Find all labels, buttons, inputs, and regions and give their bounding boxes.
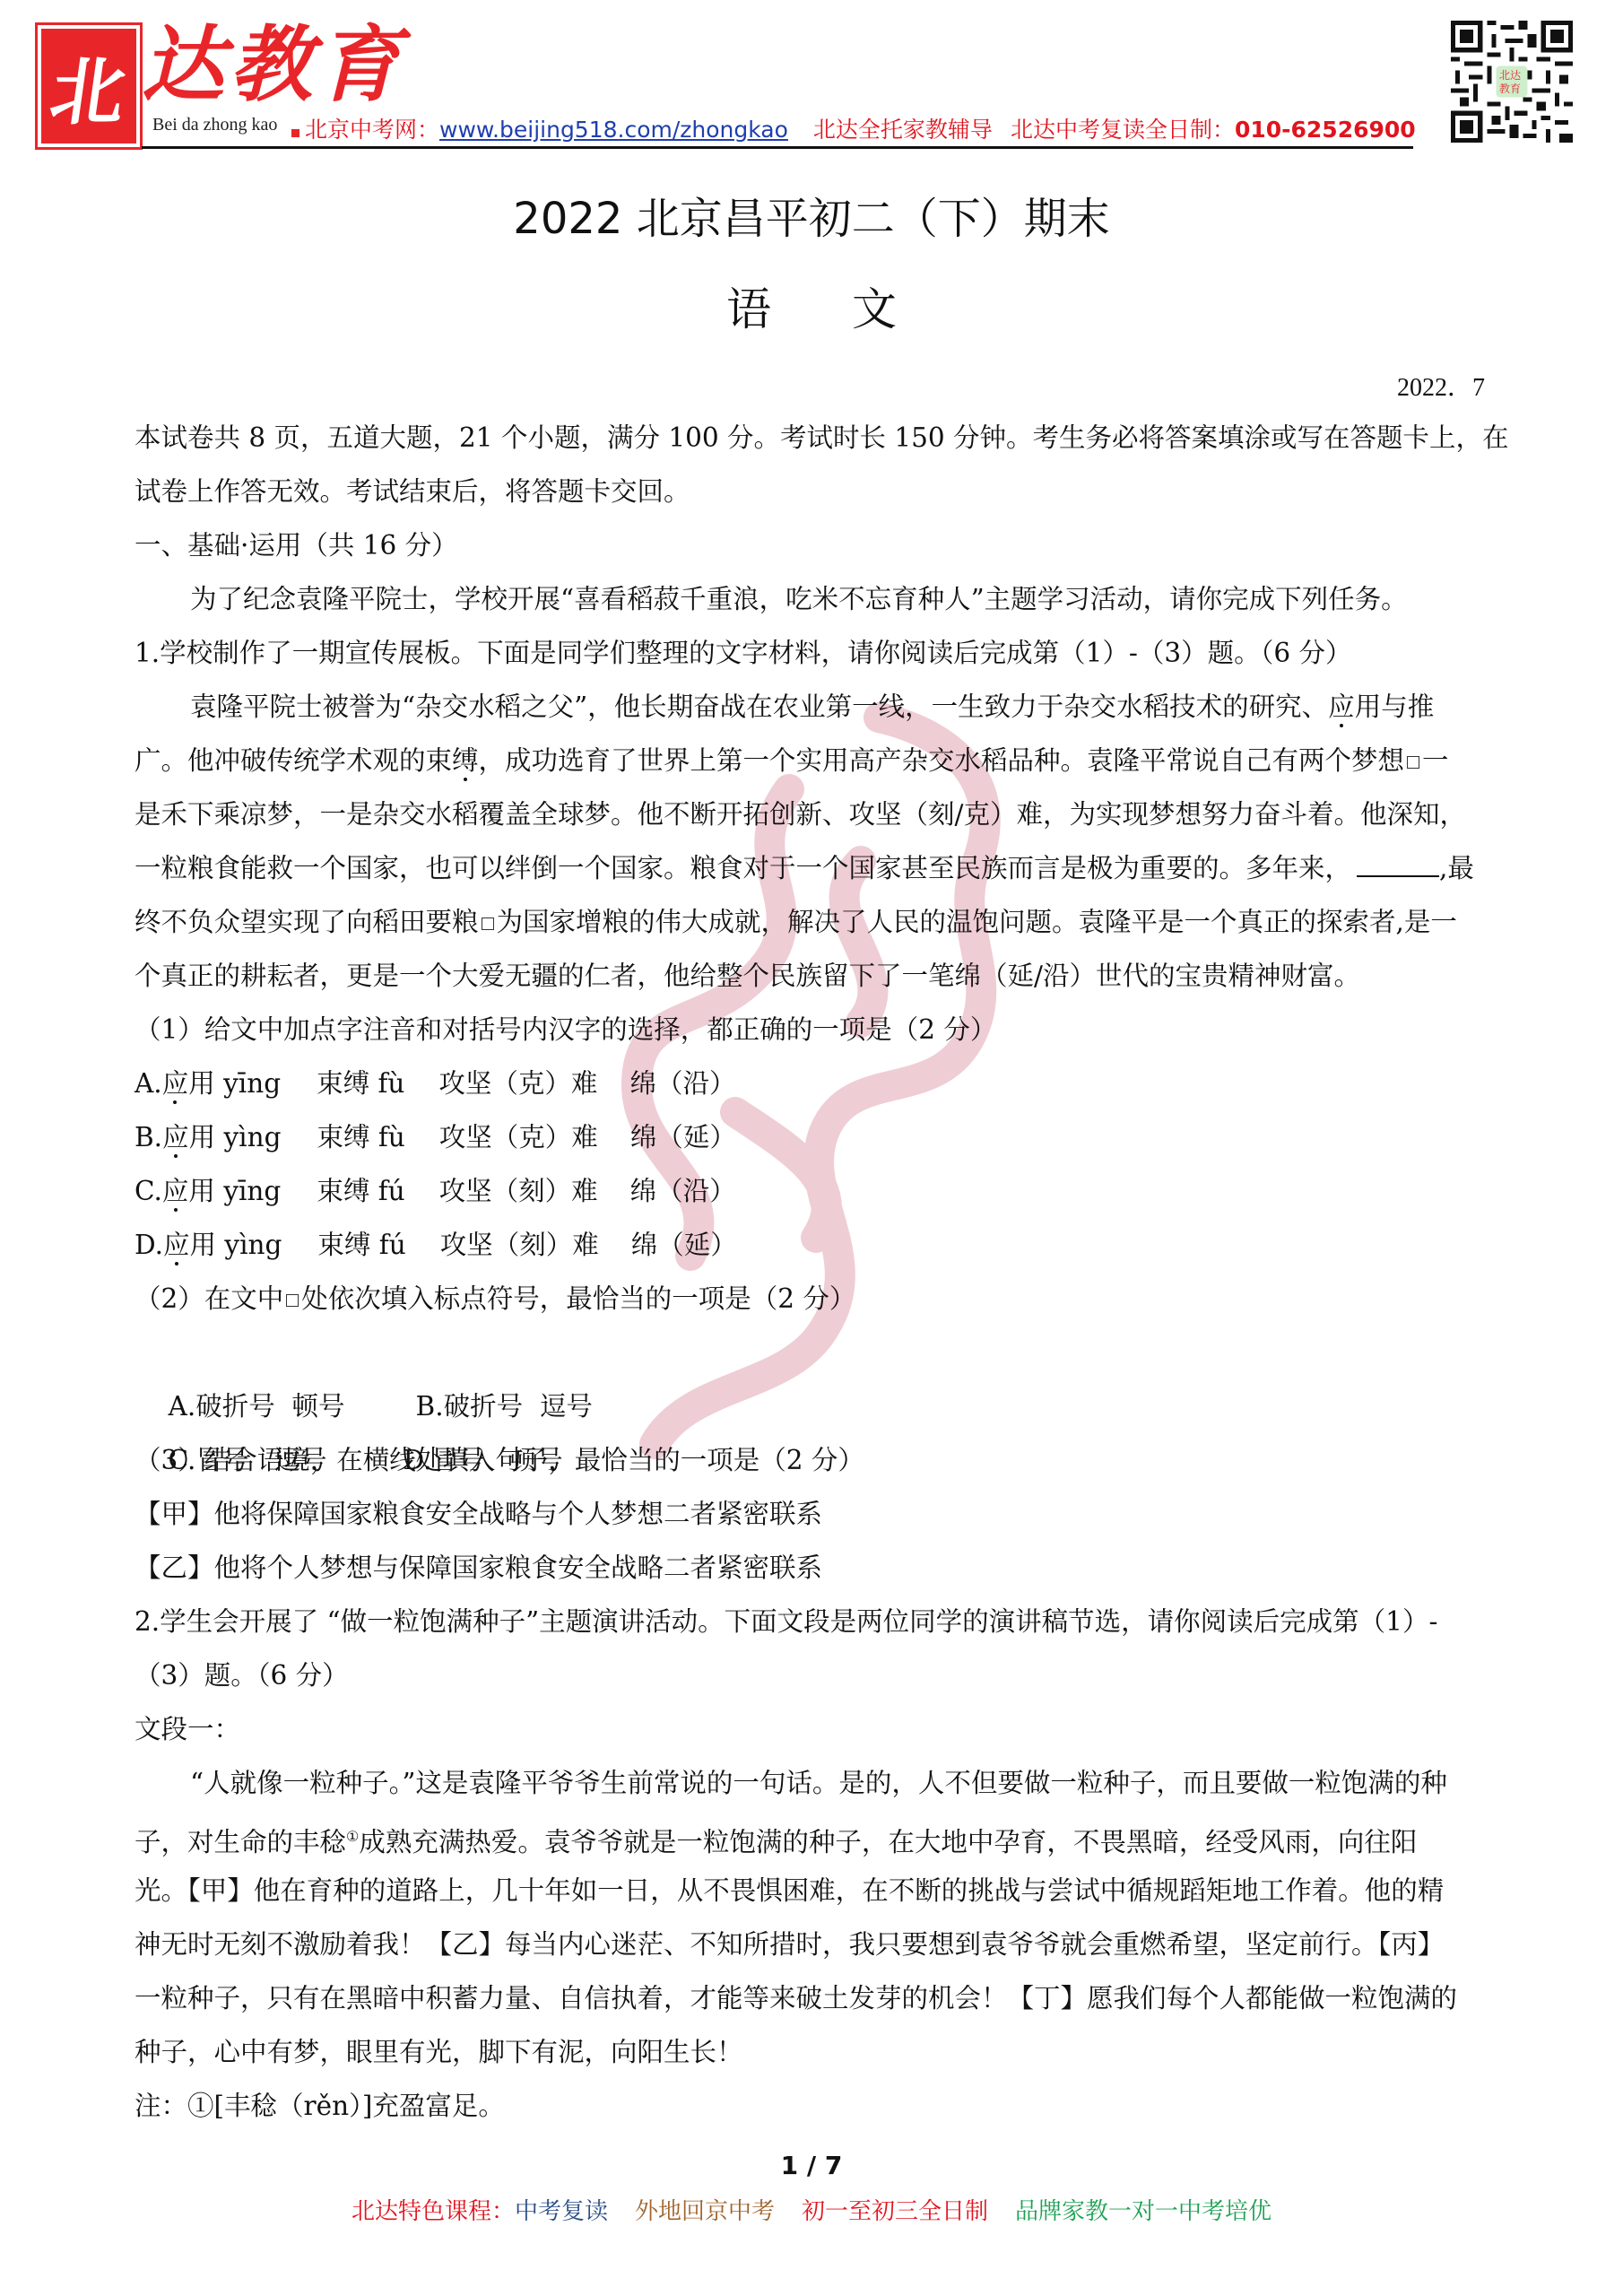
passage-text: 成熟充满热爱。袁爷爷就是一粒饱满的种子，在大地中孕育，不畏黑暗，经受风雨，向往阳 xyxy=(359,1827,1417,1857)
dotted-char: 应 xyxy=(162,1122,189,1152)
prompt-text: 处依次填入标点符号，最恰当的一项是（2 分） xyxy=(301,1283,855,1314)
q1-passage-line: 终不负众望实现了向稻田要粮为国家增粮的伟大成就，解决了人民的温饱问题。袁隆平是一… xyxy=(135,895,1530,949)
option-a: A.破折号 顿号 xyxy=(169,1379,416,1433)
q2-passage-line: 光。【甲】他在育种的道路上，几十年如一日，从不畏惧困难，在不断的挑战与尝试中循规… xyxy=(135,1864,1530,1918)
option-letter: D. xyxy=(135,1230,163,1260)
course-2: 外地回京中考 xyxy=(635,2198,775,2225)
passage-text: 一粒粮食能救一个国家，也可以绊倒一个国家。粮食对于一个国家甚至民族而言是极为重要… xyxy=(135,853,1351,883)
course-1: 中考复读 xyxy=(515,2198,608,2225)
q2-passage-line: 种子，心中有梦，眼里有光，脚下有泥，向阳生长！ xyxy=(135,2025,1530,2079)
svg-text:北达: 北达 xyxy=(1499,68,1522,82)
option-text: 攻坚（刻）难 xyxy=(440,1230,599,1260)
pinyin: yīng xyxy=(223,1176,281,1206)
option-text: 攻坚（刻）难 xyxy=(439,1176,598,1206)
option-letter: B. xyxy=(135,1122,162,1152)
q2-passage-line: “人就像一粒种子。”这是袁隆平爷爷生前常说的一句话。是的，人不但要做一粒种子，而… xyxy=(135,1756,1530,1810)
document-title: 2022 北京昌平初二（下）期末 xyxy=(0,184,1623,246)
pinyin: fú xyxy=(379,1230,406,1260)
document-date: 2022．7 xyxy=(1397,368,1485,404)
q1-passage-line: 广。他冲破传统学术观的束缚，成功选育了世界上第一个实用高产杂交水稻品种。袁隆平常… xyxy=(135,734,1530,787)
passage-text: 袁隆平院士被誉为“杂交水稻之父”，他长期奋战在农业第一线，一生致力于杂交水稻技术… xyxy=(190,691,1328,722)
q1-sub1-option-c: C.应用 yīng束缚 fú攻坚（刻）难绵（沿） xyxy=(135,1164,1530,1218)
exam-body: 本试卷共 8 页，五道大题，21 个小题，满分 100 分。考试时长 150 分… xyxy=(135,411,1530,2133)
logo-seal-char: 北 xyxy=(45,34,133,139)
option-text: 绵（沿） xyxy=(630,1176,736,1206)
pinyin: fù xyxy=(378,1122,405,1152)
q2-footnote: 注：①[丰稔（rěn）]充盈富足。 xyxy=(135,2079,1530,2133)
option-text: 绵（延） xyxy=(630,1122,736,1152)
q1-sub1-option-d: D.应用 yìng束缚 fú攻坚（刻）难绵（延） xyxy=(135,1218,1530,1272)
service-1: 北达全托家教辅导 xyxy=(813,112,993,144)
option-text: 束缚 xyxy=(317,1068,369,1099)
q2-passage-line: 神无时无刻不激励着我！【乙】每当内心迷茫、不知所措时，我只要想到袁爷爷就会重燃希… xyxy=(135,1918,1530,1971)
option-text: 束缚 xyxy=(317,1122,369,1152)
passage-text: 子，对生命的丰稔 xyxy=(135,1827,346,1857)
header-contact-line: 北京中考网： www.beijing518.com/zhongkao 北达全托家… xyxy=(291,112,1416,144)
instructions-line-1: 本试卷共 8 页，五道大题，21 个小题，满分 100 分。考试时长 150 分… xyxy=(135,411,1530,465)
q2-passage-line: 一粒种子，只有在黑暗中积蓄力量、自信执着，才能等来破土发芽的机会！【丁】愿我们每… xyxy=(135,1971,1530,2025)
document-subject: 语文 xyxy=(0,274,1623,338)
q1-sub3-option-jia: 【甲】他将保障国家粮食安全战略与个人梦想二者紧密联系 xyxy=(135,1487,1530,1541)
option-b: B.破折号 逗号 xyxy=(416,1391,593,1422)
q1-sub1-option-a: A.应用 yīng束缚 fù攻坚（克）难绵（沿） xyxy=(135,1057,1530,1110)
pinyin: yīng xyxy=(223,1068,281,1099)
q1-sub2-options-row-1: A.破折号 顿号B.破折号 逗号 xyxy=(135,1326,1530,1379)
footnote-marker: ① xyxy=(346,1828,359,1845)
pinyin: yìng xyxy=(224,1230,282,1260)
option-text: 绵（延） xyxy=(631,1230,737,1260)
option-text: 攻坚（克）难 xyxy=(438,1068,597,1099)
prompt-text: （2）在文中 xyxy=(135,1283,283,1314)
dotted-char: 应 xyxy=(163,1230,190,1260)
q2-passage-label: 文段一： xyxy=(135,1702,1530,1756)
option-text: 用 xyxy=(188,1176,215,1206)
dotted-char: 应 xyxy=(162,1176,189,1206)
page-header: 北 达教育 Bei da zhong kao 北京中考网： www.beijin… xyxy=(0,0,1623,161)
site-url-link[interactable]: www.beijing518.com/zhongkao xyxy=(439,117,788,143)
svg-text:教育: 教育 xyxy=(1499,82,1521,95)
passage-text: 为国家增粮的伟大成就，解决了人民的温饱问题。袁隆平是一个真正的探索者,是一 xyxy=(497,907,1457,937)
q2-passage-line: 子，对生命的丰稔①成熟充满热爱。袁爷爷就是一粒饱满的种子，在大地中孕育，不畏黑暗… xyxy=(135,1810,1530,1864)
site-label: 北京中考网： xyxy=(305,112,439,144)
square-bullet-icon xyxy=(291,129,299,137)
section-1-intro: 为了纪念袁隆平院士，学校开展“喜看稻菽千重浪，吃米不忘育种人”主题学习活动，请你… xyxy=(135,572,1530,626)
logo-name: 达教育 xyxy=(142,23,405,106)
q1-passage-line: 一粒粮食能救一个国家，也可以绊倒一个国家。粮食对于一个国家甚至民族而言是极为重要… xyxy=(135,841,1530,895)
pinyin: fù xyxy=(378,1068,405,1099)
option-letter: C. xyxy=(135,1176,162,1206)
dotted-char: 应 xyxy=(1328,691,1355,722)
option-text: 绵（沿） xyxy=(629,1068,735,1099)
q1-sub3-prompt: （3）结合语境，在横线处填入句子，最恰当的一项是（2 分） xyxy=(135,1433,1530,1487)
q1-passage-line: 袁隆平院士被誉为“杂交水稻之父”，他长期奋战在农业第一线，一生致力于杂交水稻技术… xyxy=(135,680,1530,734)
q1-sub3-option-yi: 【乙】他将个人梦想与保障国家粮食安全战略二者紧密联系 xyxy=(135,1541,1530,1595)
logo-subtitle: Bei da zhong kao xyxy=(152,115,277,135)
page-footer: 北达特色课程：中考复读外地回京中考初一至初三全日制品牌家教一对一中考培优 xyxy=(0,2193,1623,2226)
pinyin: yìng xyxy=(223,1122,281,1152)
dotted-char: 应 xyxy=(162,1068,189,1099)
phone-number: 010-62526900 xyxy=(1235,117,1416,143)
passage-text: 用与推 xyxy=(1355,691,1435,722)
question-1-prompt: 1.学校制作了一期宣传展板。下面是同学们整理的文字材料，请你阅读后完成第（1）-… xyxy=(135,626,1530,680)
option-text: 用 xyxy=(188,1068,215,1099)
question-2-prompt-line-1: 2.学生会开展了 “做一粒饱满种子”主题演讲活动。下面文段是两位同学的演讲稿节选… xyxy=(135,1595,1530,1648)
pinyin: fú xyxy=(378,1176,405,1206)
blank-box-icon xyxy=(1407,756,1419,769)
instructions-line-2: 试卷上作答无效。考试结束后，将答题卡交回。 xyxy=(135,465,1530,518)
option-text: 用 xyxy=(189,1122,216,1152)
option-text: 束缚 xyxy=(317,1176,369,1206)
passage-text: ,最 xyxy=(1439,853,1474,883)
q1-sub1-prompt: （1）给文中加点字注音和对括号内汉字的选择，都正确的一项是（2 分） xyxy=(135,1003,1530,1057)
q1-passage-line: 个真正的耕耘者，更是一个大爱无疆的仁者，他给整个民族留下了一笔绵（延/沿）世代的… xyxy=(135,949,1530,1003)
fill-blank-line xyxy=(1357,856,1439,877)
qr-code-icon: 北达教育 xyxy=(1446,16,1577,147)
dotted-char: 缚 xyxy=(452,745,479,776)
passage-text: 广。他冲破传统学术观的束 xyxy=(135,745,452,776)
q1-sub2-prompt: （2）在文中处依次填入标点符号，最恰当的一项是（2 分） xyxy=(135,1272,1530,1326)
passage-text: ，成功选育了世界上第一个实用高产杂交水稻品种。袁隆平常说自己有两个梦想 xyxy=(479,745,1405,776)
course-4: 品牌家教一对一中考培优 xyxy=(1015,2198,1271,2225)
service-2-label: 北达中考复读全日制： xyxy=(1011,112,1235,144)
option-text: 用 xyxy=(190,1230,217,1260)
passage-text: 一 xyxy=(1422,745,1449,776)
option-text: 束缚 xyxy=(317,1230,370,1260)
course-3: 初一至初三全日制 xyxy=(802,2198,988,2225)
option-letter: A. xyxy=(135,1068,162,1099)
header-divider xyxy=(142,146,1413,149)
page-number: 1 / 7 xyxy=(0,2151,1623,2180)
q1-sub1-option-b: B.应用 yìng束缚 fù攻坚（克）难绵（延） xyxy=(135,1110,1530,1164)
section-1-heading: 一、基础·运用（共 16 分） xyxy=(135,518,1530,572)
passage-text: 终不负众望实现了向稻田要粮 xyxy=(135,907,479,937)
option-text: 攻坚（克）难 xyxy=(439,1122,598,1152)
logo-seal: 北 xyxy=(38,25,140,147)
q1-passage-line: 是禾下乘凉梦，一是杂交水稻覆盖全球梦。他不断开拓创新、攻坚（刻/克）难，为实现梦… xyxy=(135,787,1530,841)
question-2-prompt-line-2: （3）题。（6 分） xyxy=(135,1648,1530,1702)
courses-label: 北达特色课程： xyxy=(352,2198,515,2225)
blank-box-icon xyxy=(286,1294,299,1307)
blank-box-icon xyxy=(482,918,494,930)
